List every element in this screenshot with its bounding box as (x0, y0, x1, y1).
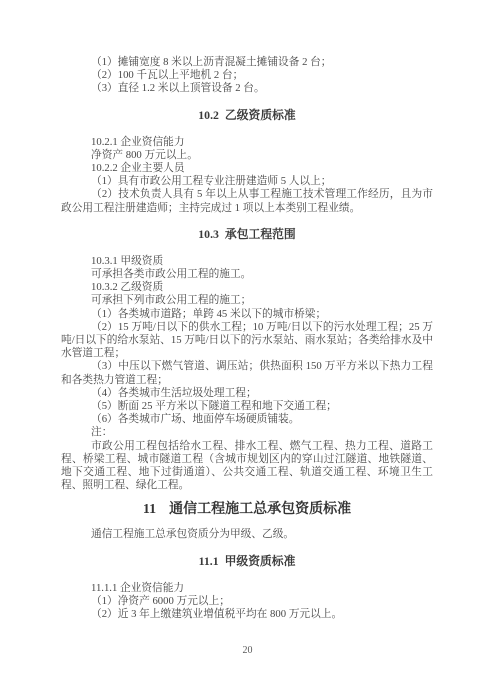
heading-num: 10.2 (198, 108, 219, 122)
equipment-item-2: （2）100 千瓦以上平地机 2 台； (61, 69, 433, 82)
heading-title: 通信工程施工总承包资质标准 (169, 502, 351, 517)
document-page: （1）摊铺宽度 8 米以上沥青混凝土摊铺设备 2 台； （2）100 千瓦以上平… (0, 0, 495, 700)
scope-item-5: （5）断面 25 平方米以下隧道工程和地下交通工程； (61, 400, 433, 413)
scope-item-3: （3）中压以下燃气管道、调压站；供热面积 150 万平方米以下热力工程和各类热力… (61, 360, 433, 386)
scope-item-6: （6）各类城市广场、地面停车场硬质铺装。 (61, 413, 433, 426)
note-label: 注： (61, 426, 433, 439)
para-grade-b-scope-intro: 可承担下列市政公用工程的施工； (61, 294, 433, 307)
page-content: （1）摊铺宽度 8 米以上沥青混凝土摊铺设备 2 台； （2）100 千瓦以上平… (61, 56, 433, 621)
para-10-2-2: 10.2.2 企业主要人员 (61, 162, 433, 175)
heading-num: 10.3 (198, 227, 219, 241)
heading-num: 11.1 (199, 554, 219, 568)
para-credit-2: （2）近 3 年上缴建筑业增值税平均在 800 万元以上。 (61, 608, 433, 621)
heading-title: 承包工程范围 (225, 227, 296, 241)
page-number: 20 (243, 645, 253, 656)
para-credit-1: （1）净资产 6000 万元以上； (61, 595, 433, 608)
para-10-3-2: 10.3.2 乙级资质 (61, 281, 433, 294)
para-personnel-2: （2）技术负责人具有 5 年以上从事工程施工技术管理工作经历，且为市政公用工程注… (61, 188, 433, 214)
section-heading-11-1: 11.1甲级资质标准 (61, 554, 433, 569)
scope-item-2: （2）15 万吨/日以下的供水工程；10 万吨/日以下的污水处理工程；25 万吨… (61, 321, 433, 361)
scope-item-4: （4）各类城市生活垃圾处理工程； (61, 387, 433, 400)
para-personnel-1: （1）具有市政公用工程专业注册建造师 5 人以上； (61, 175, 433, 188)
equipment-item-1: （1）摊铺宽度 8 米以上沥青混凝土摊铺设备 2 台； (61, 56, 433, 69)
heading-title: 甲级资质标准 (225, 554, 296, 568)
page-footer: 20 (0, 645, 495, 656)
section-heading-10-3: 10.3承包工程范围 (61, 227, 433, 242)
para-10-3-1: 10.3.1 甲级资质 (61, 255, 433, 268)
note-text: 市政公用工程包括给水工程、排水工程、燃气工程、热力工程、道路工程、桥梁工程、城市… (61, 440, 433, 493)
para-grade-a-scope: 可承担各类市政公用工程的施工。 (61, 268, 433, 281)
equipment-item-3: （3）直径 1.2 米以上顶管设备 2 台。 (61, 82, 433, 95)
heading-num: 11 (143, 502, 156, 517)
para-10-2-1: 10.2.1 企业资信能力 (61, 136, 433, 149)
para-sec11-intro: 通信工程施工总承包资质分为甲级、乙级。 (61, 528, 433, 541)
heading-title: 乙级资质标准 (225, 108, 296, 122)
para-11-1-1: 11.1.1 企业资信能力 (61, 582, 433, 595)
chapter-heading-11: 11通信工程施工总承包资质标准 (61, 501, 433, 519)
section-heading-10-2: 10.2乙级资质标准 (61, 108, 433, 123)
scope-item-1: （1）各类城市道路；单跨 45 米以下的城市桥梁； (61, 308, 433, 321)
para-net-assets: 净资产 800 万元以上。 (61, 149, 433, 162)
